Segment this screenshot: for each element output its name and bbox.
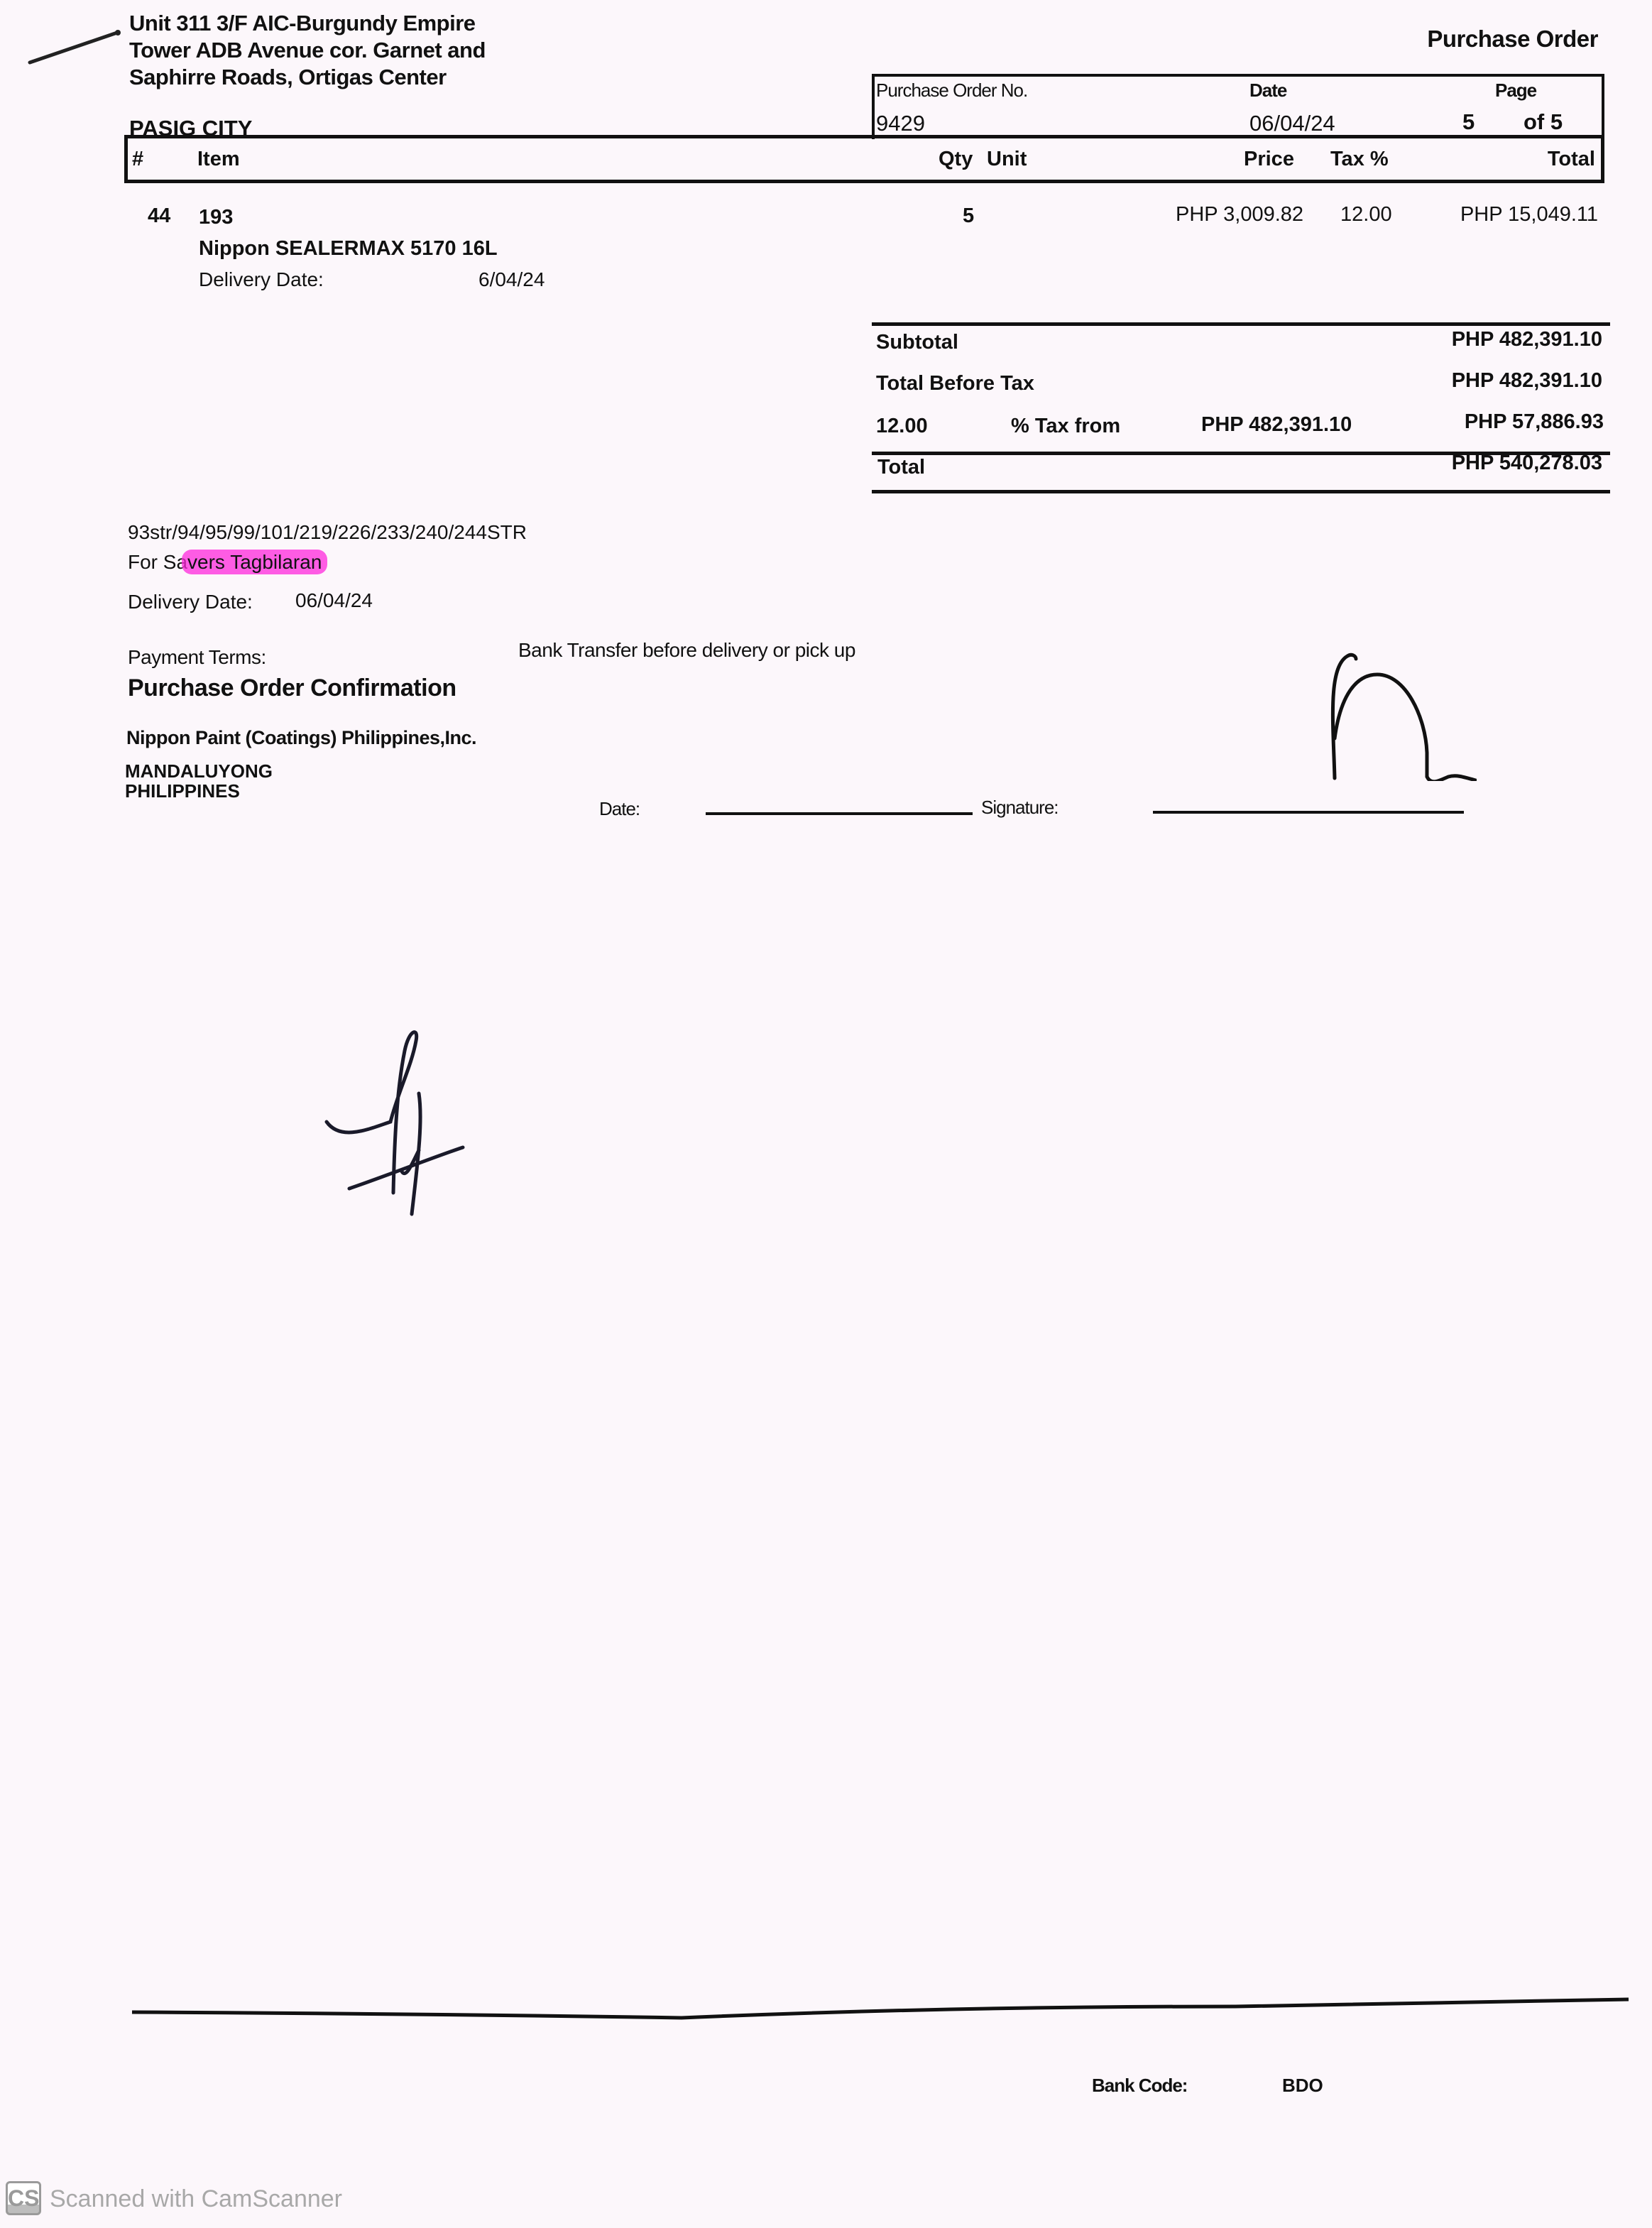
date-line[interactable] — [706, 812, 973, 815]
po-number-label: Purchase Order No. — [876, 80, 1027, 102]
col-price: Price — [1244, 148, 1294, 171]
page-total: of 5 — [1524, 109, 1563, 135]
signature-icon — [1306, 639, 1477, 781]
total-label: Total — [877, 456, 925, 479]
tax-base: PHP 482,391.10 — [1201, 413, 1352, 437]
camscanner-watermark: Scanned with CamScanner — [50, 2185, 342, 2213]
initials-icon — [312, 1022, 476, 1235]
item-tax: 12.00 — [1340, 203, 1392, 226]
subtotal-label: Subtotal — [876, 331, 958, 354]
for-branch: For Savers Tagbilaran — [128, 551, 327, 574]
payment-terms-label: Payment Terms: — [128, 646, 266, 669]
address-line: Tower ADB Avenue cor. Garnet and — [129, 37, 486, 64]
tax-rate: 12.00 — [876, 415, 928, 438]
item-total: PHP 15,049.11 — [1460, 203, 1598, 226]
divider — [872, 322, 1610, 326]
confirmation-title: Purchase Order Confirmation — [128, 675, 456, 702]
date-field-label: Date: — [599, 798, 640, 820]
col-tax: Tax % — [1330, 148, 1389, 171]
item-qty: 5 — [963, 204, 974, 228]
camscanner-logo-icon: CS — [6, 2181, 41, 2215]
po-date: 06/04/24 — [1249, 111, 1335, 136]
po-number: 9429 — [876, 111, 925, 136]
item-price: PHP 3,009.82 — [1176, 203, 1303, 226]
item-delivery-label: Delivery Date: — [199, 268, 324, 291]
date-label: Date — [1249, 80, 1286, 102]
document-title: Purchase Order — [1427, 26, 1598, 53]
bank-code-label: Bank Code: — [1092, 2075, 1187, 2097]
col-item: Item — [197, 148, 240, 171]
delivery-date: 06/04/24 — [295, 589, 373, 612]
col-qty: Qty — [939, 148, 973, 171]
page-label: Page — [1495, 80, 1536, 102]
highlighted-branch: vers Tagbilaran — [182, 550, 327, 574]
tax-amount: PHP 57,886.93 — [1465, 410, 1604, 434]
vendor-country: PHILIPPINES — [125, 781, 273, 801]
tax-from-label: % Tax from — [1011, 415, 1120, 438]
pen-mark-icon — [21, 21, 128, 71]
item-code: 193 — [199, 206, 233, 229]
vendor-city: MANDALUYONG — [125, 761, 273, 781]
vendor-address: MANDALUYONG PHILIPPINES — [125, 761, 273, 801]
vendor-name: Nippon Paint (Coatings) Philippines,Inc. — [126, 727, 476, 749]
page-current: 5 — [1462, 109, 1475, 135]
address-line: Unit 311 3/F AIC-Burgundy Empire — [129, 10, 486, 37]
delivery-label: Delivery Date: — [128, 591, 253, 613]
payment-terms-value: Bank Transfer before delivery or pick up — [518, 639, 855, 662]
row-num: 44 — [148, 204, 170, 228]
item-description: Nippon SEALERMAX 5170 16L — [199, 237, 498, 261]
col-num: # — [132, 148, 143, 171]
signature-line[interactable] — [1153, 811, 1464, 814]
divider — [872, 490, 1610, 493]
before-tax-value: PHP 482,391.10 — [1452, 369, 1602, 393]
before-tax-label: Total Before Tax — [876, 372, 1034, 395]
company-address: Unit 311 3/F AIC-Burgundy Empire Tower A… — [129, 10, 486, 91]
reference-numbers: 93str/94/95/99/101/219/226/233/240/244ST… — [128, 521, 527, 544]
address-line: Saphirre Roads, Ortigas Center — [129, 64, 486, 91]
signature-field-label: Signature: — [981, 797, 1059, 819]
item-delivery-date: 6/04/24 — [478, 268, 545, 291]
subtotal-value: PHP 482,391.10 — [1452, 328, 1602, 351]
bank-code: BDO — [1282, 2075, 1323, 2097]
for-prefix: For Sa — [128, 551, 187, 573]
total-value: PHP 540,278.03 — [1452, 452, 1602, 475]
bottom-divider — [128, 1988, 1633, 2031]
col-total: Total — [1548, 148, 1595, 171]
col-unit: Unit — [987, 148, 1027, 171]
